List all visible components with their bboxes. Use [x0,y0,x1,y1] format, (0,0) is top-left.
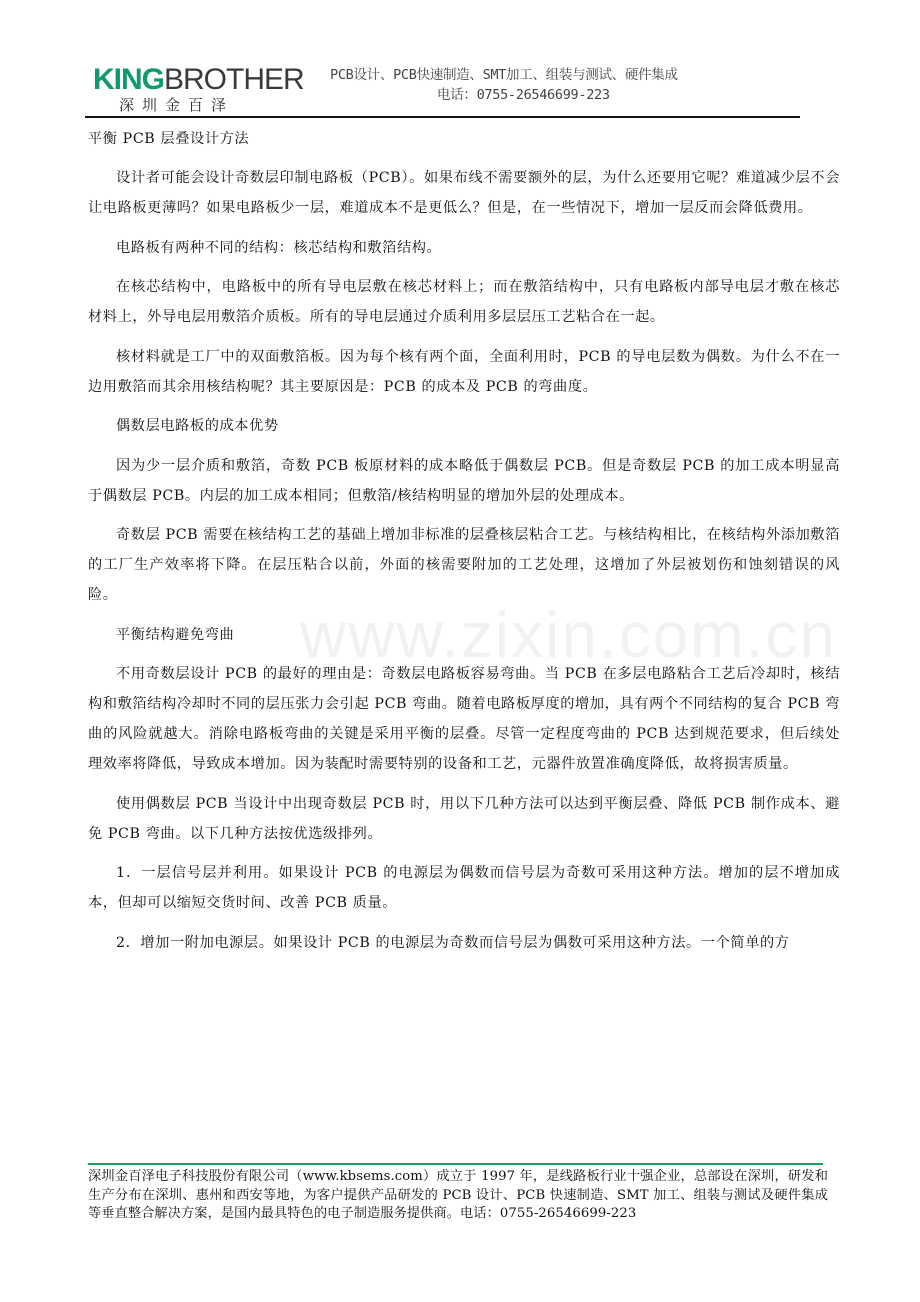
logo-chinese-name: 深圳金百泽 [119,96,234,114]
paragraph-methods-intro: 使用偶数层 PCB 当设计中出现奇数层 PCB 时，用以下几种方法可以达到平衡层… [88,789,840,849]
paragraph-core-material: 核材料就是工厂中的双面敷箔板。因为每个核有两个面，全面利用时，PCB 的导电层数… [88,342,840,402]
paragraph-odd-layer-process: 奇数层 PCB 需要在核结构工艺的基础上增加非标准的层叠核层粘合工艺。与核结构相… [88,520,840,610]
paragraph-core-structure: 在核芯结构中，电路板中的所有导电层敷在核芯材料上；而在敷箔结构中，只有电路板内部… [88,272,840,332]
company-logo: KINGBROTHER 深圳金百泽 [93,64,303,116]
list-item-method-1: 1．一层信号层并利用。如果设计 PCB 的电源层为偶数而信号层为奇数可采用这种方… [88,858,840,918]
paragraph-structures: 电路板有两种不同的结构：核芯结构和敷箔结构。 [88,233,840,263]
footer-company-info: 深圳金百泽电子科技股份有限公司（www.kbsems.com）成立于 1997 … [88,1168,828,1224]
logo-wordmark: KINGBROTHER [93,64,304,96]
document-title: 平衡 PCB 层叠设计方法 [88,124,840,154]
header-phone: 电话：0755-26546699-223 [437,86,610,104]
page-header: KINGBROTHER 深圳金百泽 PCB设计、PCB快速制造、SMT加工、组装… [85,62,800,116]
paragraph-bending: 不用奇数层设计 PCB 的最好的理由是：奇数层电路板容易弯曲。当 PCB 在多层… [88,659,840,779]
paragraph-cost: 因为少一层介质和敷箔，奇数 PCB 板原材料的成本略低于偶数层 PCB。但是奇数… [88,451,840,511]
footer-divider [88,1163,823,1165]
section-heading-cost-advantage: 偶数层电路板的成本优势 [88,411,840,441]
paragraph-intro: 设计者可能会设计奇数层印制电路板（PCB）。如果布线不需要额外的层，为什么还要用… [88,163,840,223]
section-heading-avoid-bending: 平衡结构避免弯曲 [88,620,840,650]
header-tagline: PCB设计、PCB快速制造、SMT加工、组装与测试、硬件集成 [330,66,678,84]
header-divider [85,116,800,118]
logo-word-brother: BROTHER [164,63,304,96]
list-item-method-2: 2．增加一附加电源层。如果设计 PCB 的电源层为奇数而信号层为偶数可采用这种方… [88,928,840,958]
logo-word-king: KING [93,63,164,96]
document-body: 平衡 PCB 层叠设计方法 设计者可能会设计奇数层印制电路板（PCB）。如果布线… [88,124,840,967]
